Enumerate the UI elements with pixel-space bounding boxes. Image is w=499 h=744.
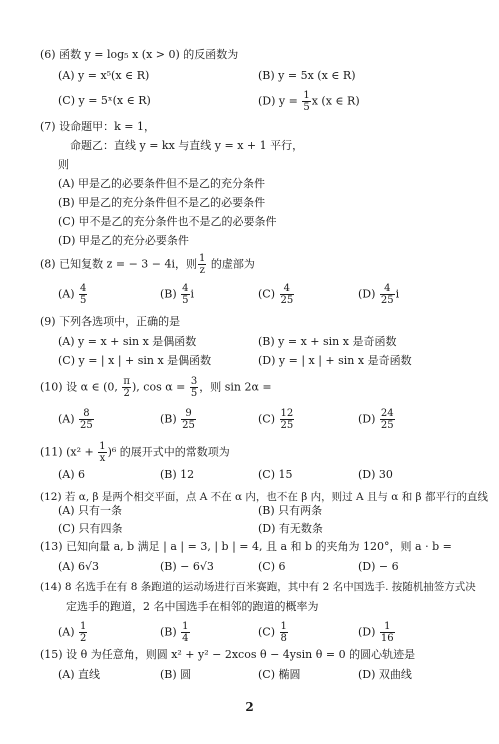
question-10-option-a: (A) 825 — [58, 408, 95, 431]
fraction: 425 — [380, 283, 395, 306]
fraction: 45 — [181, 283, 189, 306]
fraction: 2425 — [380, 408, 395, 431]
question-8-option-a: (A) 45 — [58, 283, 88, 306]
fraction: 1225 — [280, 408, 295, 431]
question-13-option-d: (D) − 6 — [358, 560, 399, 574]
question-10-option-d: (D) 2425 — [358, 408, 396, 431]
question-6-option-a: (A) y = x⁵(x ∈ R) — [58, 69, 149, 83]
question-11-stem: (11) (x² + 1x)⁶ 的展开式中的常数项为 — [40, 441, 230, 464]
question-11-option-c: (C) 15 — [258, 468, 293, 482]
question-14-option-a: (A) 12 — [58, 621, 88, 644]
fraction: 925 — [181, 408, 196, 431]
fraction: 1z — [198, 253, 206, 276]
question-8-stem: (8) 已知复数 z = − 3 − 4i，则1z 的虚部为 — [40, 253, 255, 276]
question-12-option-d: (D) 有无数条 — [258, 522, 323, 536]
question-8-option-d: (D) 425i — [358, 283, 399, 306]
question-13-option-c: (C) 6 — [258, 560, 286, 574]
question-9-option-d: (D) y = | x | + sin x 是奇函数 — [258, 354, 412, 368]
fraction: 425 — [280, 283, 295, 306]
page-number: 2 — [0, 700, 499, 714]
question-8-option-b: (B) 45i — [160, 283, 194, 306]
question-7-stem-line3: 则 — [58, 158, 69, 172]
question-13-option-a: (A) 6√3 — [58, 560, 99, 574]
question-13-option-b: (B) − 6√3 — [160, 560, 214, 574]
question-7-option-c: (C) 甲不是乙的充分条件也不是乙的必要条件 — [58, 215, 277, 229]
question-12-option-c: (C) 只有四条 — [58, 522, 123, 536]
question-9-option-b: (B) y = x + sin x 是奇函数 — [258, 335, 396, 349]
question-15-option-d: (D) 双曲线 — [358, 668, 412, 682]
fraction: 116 — [380, 621, 395, 644]
question-14-option-d: (D) 116 — [358, 621, 396, 644]
question-14-option-c: (C) 18 — [258, 621, 289, 644]
question-6-option-b: (B) y = 5x (x ∈ R) — [258, 69, 356, 83]
question-15-stem: (15) 设 θ 为任意角，则圆 x² + y² − 2xcos θ − 4ys… — [40, 648, 415, 662]
fraction: 18 — [280, 621, 288, 644]
question-7-option-a: (A) 甲是乙的必要条件但不是乙的充分条件 — [58, 177, 265, 191]
question-14-stem: (14) 8 名选手在有 8 条跑道的运动场进行百米赛跑，其中有 2 名中国选手… — [40, 580, 476, 594]
question-6-option-d: (D) y = 15x (x ∈ R) — [258, 90, 360, 113]
question-9-option-a: (A) y = x + sin x 是偶函数 — [58, 335, 196, 349]
question-9-option-c: (C) y = | x | + sin x 是偶函数 — [58, 354, 211, 368]
question-12-option-a: (A) 只有一条 — [58, 504, 122, 518]
question-15-option-a: (A) 直线 — [58, 668, 100, 682]
question-11-option-d: (D) 30 — [358, 468, 393, 482]
question-7-option-b: (B) 甲是乙的充分条件但不是乙的必要条件 — [58, 196, 265, 210]
fraction: 15 — [302, 90, 310, 113]
question-14-stem-line2: 定选手的跑道，2 名中国选手在相邻的跑道的概率为 — [66, 600, 319, 614]
question-15-option-b: (B) 圆 — [160, 668, 191, 682]
question-9-stem: (9) 下列各选项中，正确的是 — [40, 315, 180, 329]
fraction: 1x — [98, 441, 106, 464]
fraction: 825 — [79, 408, 94, 431]
question-10-stem: (10) 设 α ∈ (0, π2), cos α = 35，则 sin 2α … — [40, 376, 272, 399]
fraction: π2 — [122, 376, 131, 399]
fraction: 35 — [190, 376, 198, 399]
fraction: 12 — [79, 621, 87, 644]
question-7-stem-line2: 命题乙：直线 y = kx 与直线 y = x + 1 平行， — [70, 139, 303, 153]
question-10-option-b: (B) 925 — [160, 408, 197, 431]
fraction: 14 — [181, 621, 189, 644]
question-14-option-b: (B) 14 — [160, 621, 191, 644]
question-11-option-a: (A) 6 — [58, 468, 85, 482]
question-11-option-b: (B) 12 — [160, 468, 194, 482]
question-7-stem: (7) 设命题甲：k = 1， — [40, 120, 155, 134]
question-15-option-c: (C) 椭圆 — [258, 668, 301, 682]
question-12-option-b: (B) 只有两条 — [258, 504, 322, 518]
question-6-option-c: (C) y = 5ˣ(x ∈ R) — [58, 94, 151, 108]
question-6-stem: (6) 函数 y = log₅ x (x > 0) 的反函数为 — [40, 48, 238, 62]
fraction: 45 — [79, 283, 87, 306]
question-8-option-c: (C) 425 — [258, 283, 295, 306]
question-13-stem: (13) 已知向量 a, b 满足 | a | = 3, | b | = 4, … — [40, 540, 452, 554]
question-10-option-c: (C) 1225 — [258, 408, 295, 431]
question-12-stem: (12) 若 α, β 是两个相交平面，点 A 不在 α 内，也不在 β 内，则… — [40, 490, 488, 504]
question-7-option-d: (D) 甲是乙的充分必要条件 — [58, 234, 189, 248]
